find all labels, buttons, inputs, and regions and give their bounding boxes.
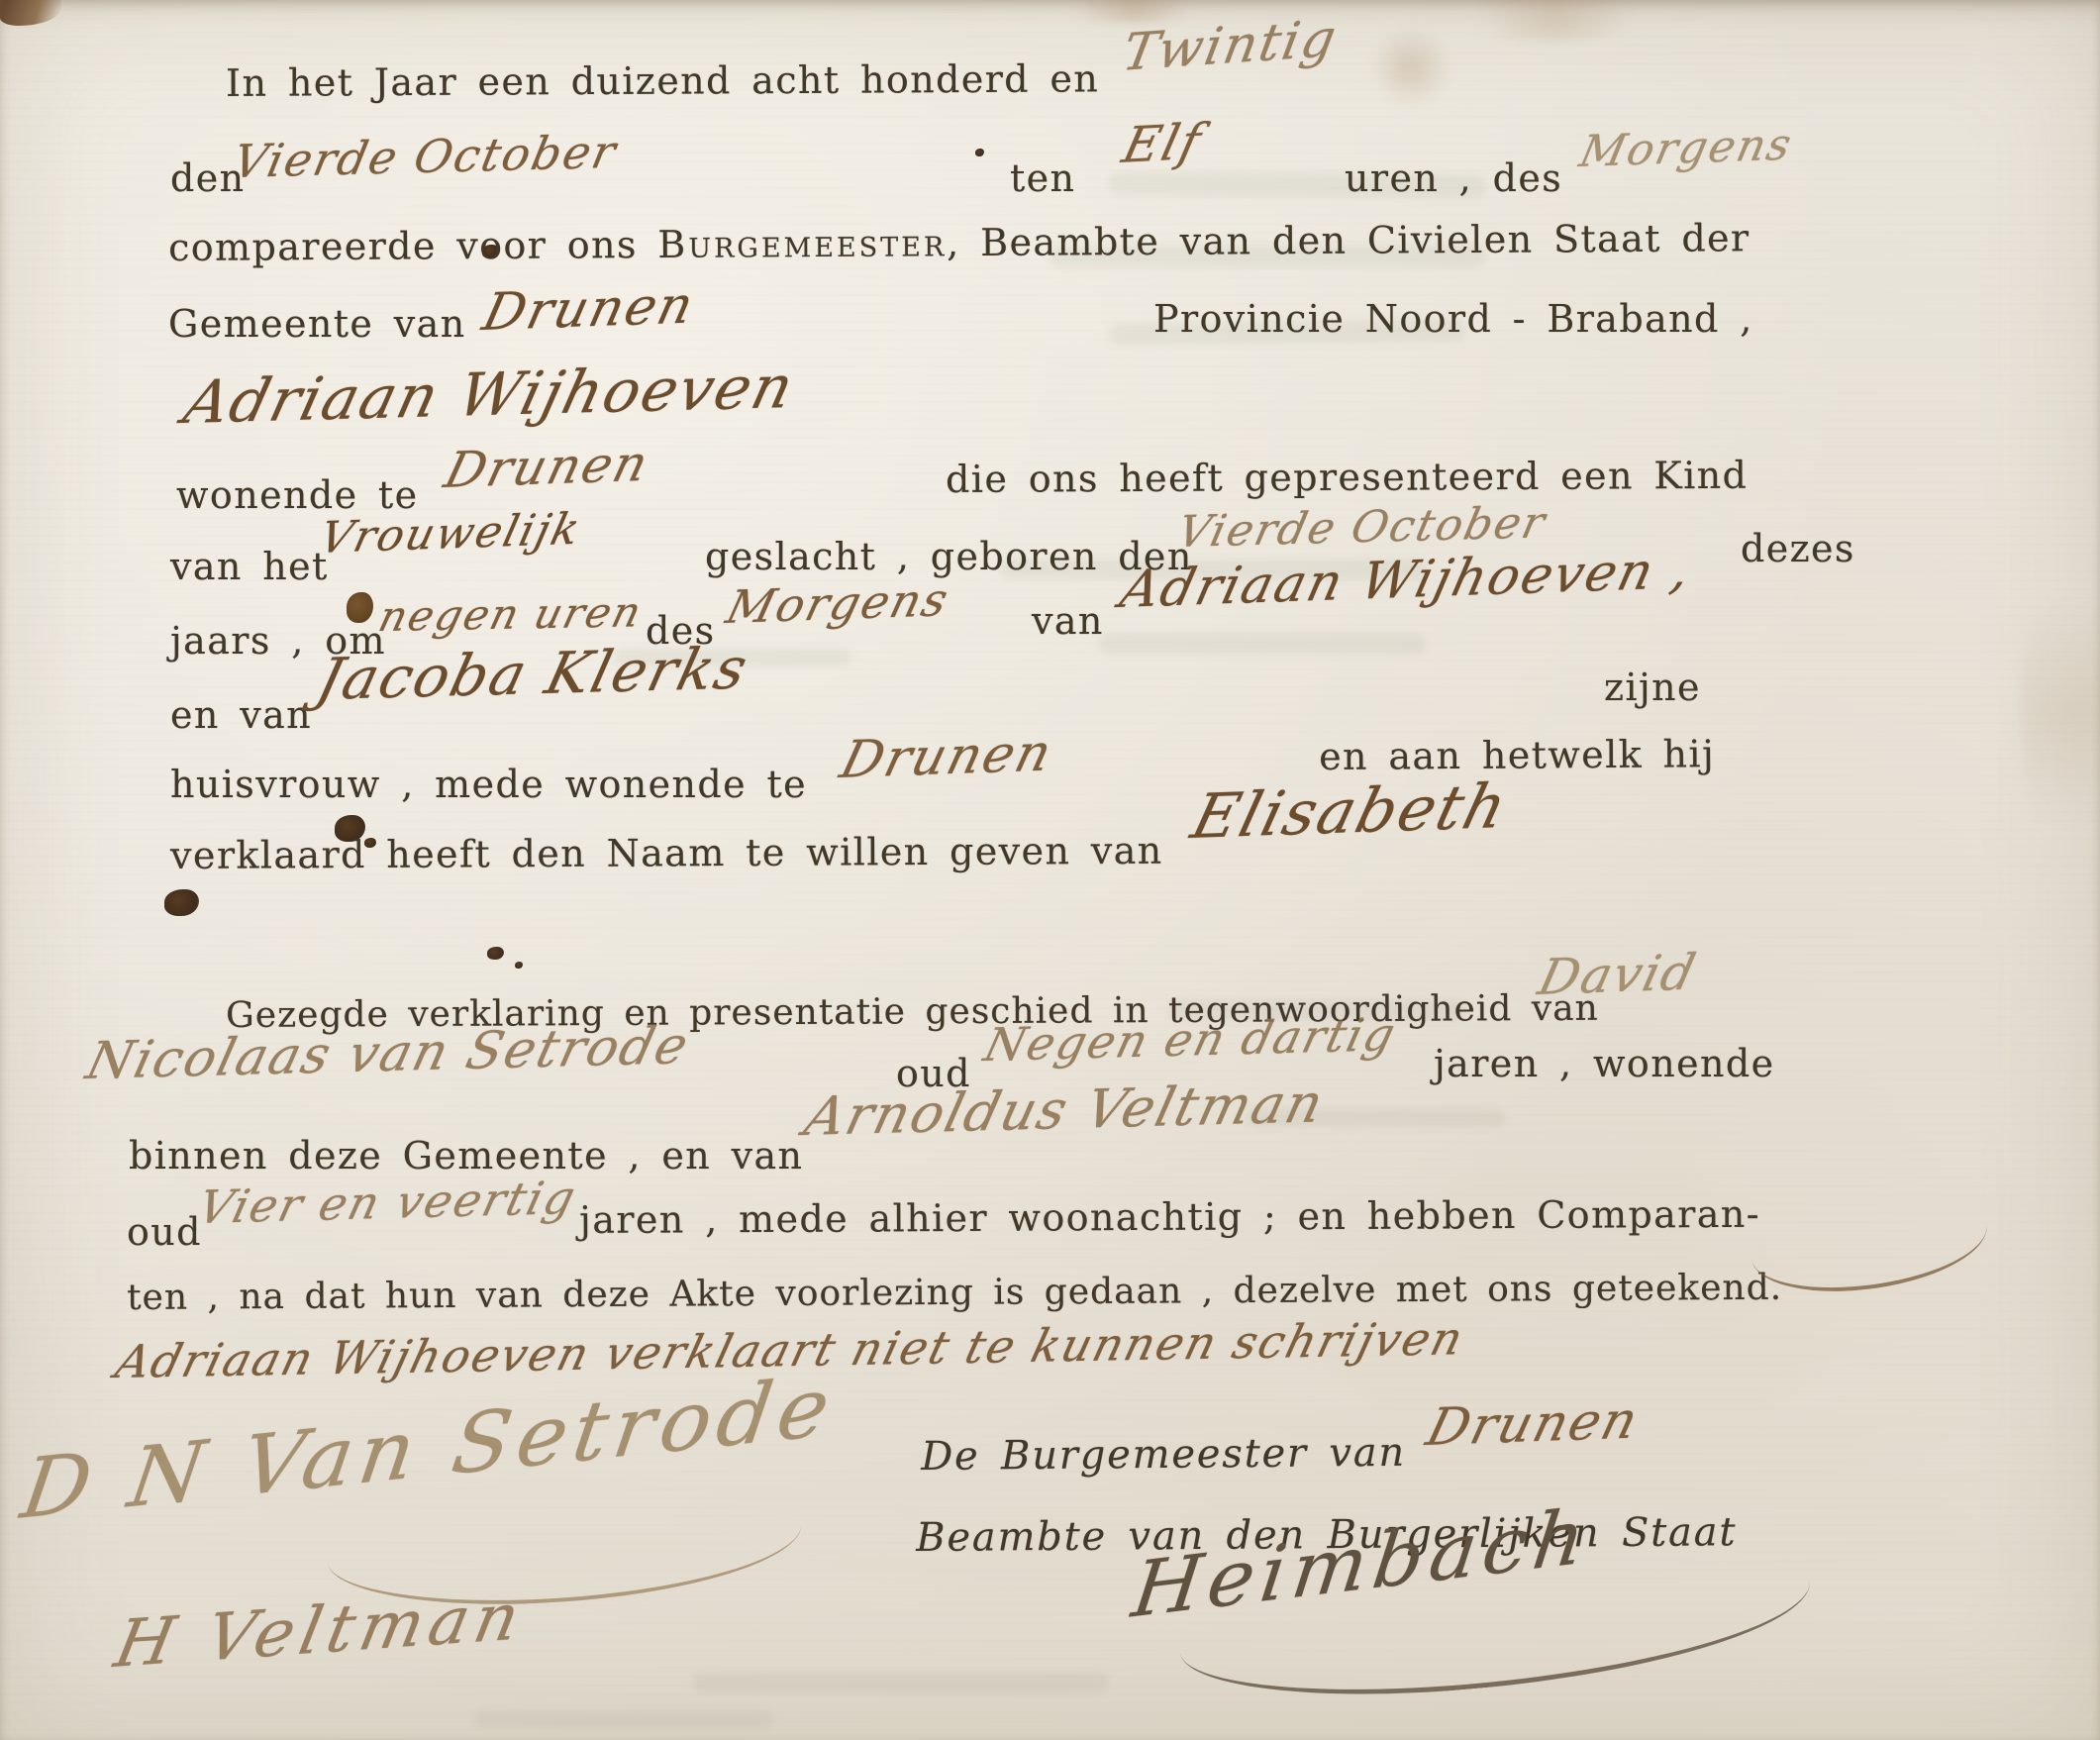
handwritten-gender: Vrouwelijk [315,504,586,563]
handwritten-mother-name: Jacoba Klerks [311,635,756,713]
printed-jaren-wonende: jaren , wonende [1434,1042,1774,1085]
handwritten-daypart: Morgens [1575,120,1797,177]
printed-compareerde-b: , Beambte van den Civielen Staat der [947,216,1750,264]
handwritten-witness2-name: Arnoldus Veltman [799,1072,1331,1148]
handwritten-birth-daypart: Morgens [721,572,954,634]
printed-woonachtig-line: jaren , mede alhier woonachtig ; en hebb… [579,1192,1760,1242]
printed-binnen-gemeente: binnen deze Gemeente , en van [129,1134,803,1177]
paper-smudge [2020,555,2100,871]
handwritten-witness1-name: Nicolaas van Setrode [80,1016,695,1091]
handwritten-witness2-age: Vier en veertig [193,1171,582,1234]
printed-provincie: Provincie Noord - Braband , [1153,297,1753,341]
handwritten-birth-hour: negen uren [374,587,649,641]
bleedthrough-mark [475,1711,772,1727]
printed-dezes: dezes [1741,527,1855,570]
printed-naam-line: verklaard heeft den Naam te willen geven… [170,829,1163,877]
handwritten-municipality: Drunen [477,276,701,343]
printed-oud-2: oud [127,1210,202,1254]
bleedthrough-mark [1099,634,1426,654]
handwritten-hour: Elf [1117,113,1208,174]
printed-gepresenteerd: die ons heeft gepresenteerd een Kind [946,454,1748,501]
printed-van-het: van het [170,545,329,588]
printed-en-aan-hetwelk: en aan hetwelk hij [1319,732,1715,778]
printed-uren-des: uren , des [1345,156,1562,200]
paper-smudge [1366,28,1455,107]
handwritten-burgemeester-place: Drunen [1421,1391,1646,1458]
handwritten-mother-residence: Drunen [835,724,1059,790]
ink-blot [164,889,199,916]
handwritten-declarant-name: Adriaan Wijhoeven [177,353,802,438]
printed-zijne: zijne [1604,665,1701,709]
paper-smudge [1446,0,1663,40]
printed-compareerde-line: compareerde voor ons Burgemeester, Beamb… [168,216,1750,269]
printed-burgemeester-title: Burgemeester [657,221,947,266]
ink-blot [487,947,504,960]
ink-blot [515,962,523,969]
ink-flourish [1750,1221,1993,1301]
bleedthrough-mark [693,1674,1109,1693]
handwritten-witness1-age: Negen en dartig [979,1007,1402,1072]
handwritten-registration-date: Vierde October [229,125,622,188]
printed-van: van [1032,599,1104,643]
printed-burgemeester-van: De Burgemeester van [921,1430,1406,1480]
ink-smear [0,0,61,26]
printed-gemeente-van: Gemeente van [168,302,466,346]
printed-year-line: In het Jaar een duizend acht honderd en [226,56,1099,105]
printed-geslacht-geboren: geslacht , geboren den [705,535,1193,578]
printed-voorlezing-line: ten , na dat hun van deze Akte voorlezin… [127,1268,1782,1318]
printed-compareerde-a: compareerde voor ons [168,223,638,269]
scanned-birth-record: In het Jaar een duizend acht honderd en … [0,0,2100,1740]
handwritten-child-name: Elisabeth [1185,769,1516,853]
signature-witness2: H Veltman [109,1579,532,1683]
ink-blot [975,149,984,156]
printed-en-van: en van [170,693,312,737]
handwritten-witness1-firstname: David [1533,944,1702,1006]
printed-huisvrouw: huisvrouw , mede wonende te [170,763,807,806]
handwritten-residence: Drunen [439,435,655,499]
printed-ten: ten [1010,156,1075,200]
